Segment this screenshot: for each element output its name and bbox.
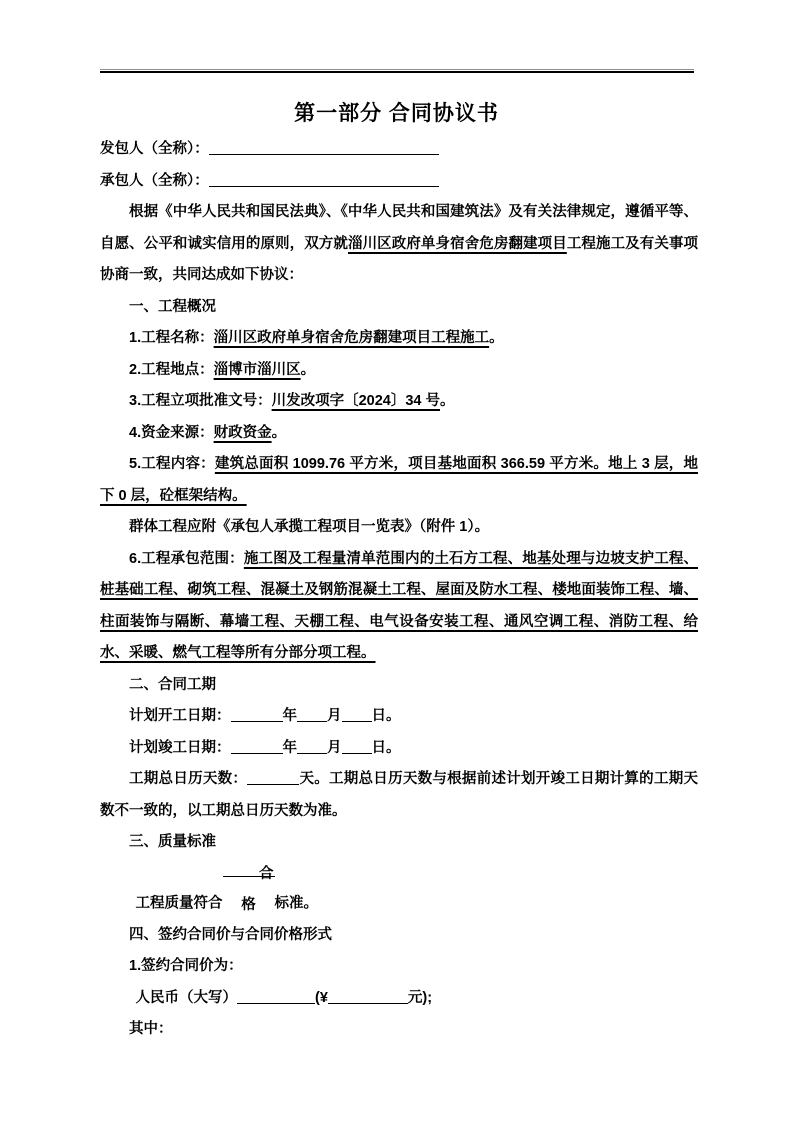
quality-prefix: 工程质量符合 [136,895,223,911]
section4-heading: 四、签约合同价与合同价格形式 [100,920,698,952]
contract-scope-label: 6.工程承包范围： [129,551,244,567]
contract-document-page: 第一部分 合同协议书 发包人（全称）： 承包人（全称）： 根据《中华人民共和国民… [0,0,793,1121]
group-project-note: 群体工程应附《承包人承揽工程项目一览表》（附件 1）。 [100,512,698,544]
contractor-name-field [209,172,439,187]
intro-paragraph: 根据《中华人民共和国民法典》、《中华人民共和国建筑法》及有关法律规定，遵循平等、… [100,197,698,292]
figures-close-paren: 元); [408,990,432,1006]
funding-source-label: 4.资金来源： [129,425,214,441]
project-name-line: 1.工程名称：淄川区政府单身宿舍危房翻建项目工程施工。 [100,323,698,355]
total-days-label: 工期总日历天数： [129,771,247,787]
quality-standard-line: 工程质量符合合格标准。 [100,859,698,920]
amount-in-words-field [237,989,315,1004]
figures-open-paren: (¥ [315,990,328,1006]
finish-year-suffix: 年 [283,740,298,756]
finish-month-suffix: 月 [327,740,342,756]
document-body: 发包人（全称）： 承包人（全称）： 根据《中华人民共和国民法典》、《中华人民共和… [100,134,698,1046]
section3-heading: 三、质量标准 [100,827,698,859]
quality-grade-field: 合格 [223,859,275,877]
section2-heading: 二、合同工期 [100,670,698,702]
finish-day-suffix: 日。 [372,740,401,756]
total-days-field [247,770,299,785]
project-location-value: 淄博市淄川区 [214,362,301,378]
finish-month-field [297,739,327,754]
header-divider [100,69,694,73]
project-content-paragraph: 5.工程内容：建筑总面积 1099.76 平方米，项目基地面积 366.59 平… [100,449,698,512]
funding-source-value: 财政资金 [214,425,272,441]
contractor-line: 承包人（全称）： [100,166,698,198]
start-month-suffix: 月 [327,708,342,724]
project-location-period: 。 [301,362,316,378]
approval-number-period: 。 [440,393,455,409]
employer-name-field [209,140,439,155]
project-name-value: 淄川区政府单身宿舍危房翻建项目工程施工 [214,330,490,346]
start-day-suffix: 日。 [372,708,401,724]
planned-finish-label: 计划竣工日期： [129,740,231,756]
project-content-label: 5.工程内容： [129,456,215,472]
rmb-amount-line: 人民币（大写）(¥元); [100,983,698,1015]
employer-label: 发包人（全称）： [100,141,209,157]
approval-number-label: 3.工程立项批准文号： [129,393,272,409]
among-which-line: 其中： [100,1014,698,1046]
rmb-prefix: 人民币（大写） [136,990,238,1006]
approval-number-value: 川发改项字〔2024〕34 号 [272,393,440,409]
finish-year-field [231,739,283,754]
start-day-field [342,707,372,722]
contractor-label: 承包人（全称）： [100,173,209,189]
start-year-suffix: 年 [283,708,298,724]
employer-line: 发包人（全称）： [100,134,698,166]
finish-day-field [342,739,372,754]
quality-suffix: 标准。 [275,895,319,911]
contract-scope-value: 施工图及工程量清单范围内的土石方工程、地基处理与边坡支护工程、桩基础工程、砌筑工… [100,551,698,662]
planned-start-label: 计划开工日期： [129,708,231,724]
start-year-field [231,707,283,722]
section1-heading: 一、工程概况 [100,292,698,324]
project-name-period: 。 [489,330,504,346]
start-month-field [297,707,327,722]
document-title: 第一部分 合同协议书 [0,97,793,127]
project-location-label: 2.工程地点： [129,362,214,378]
total-calendar-days-paragraph: 工期总日历天数：天。工期总日历天数与根据前述计划开竣工日期计算的工期天数不一致的… [100,764,698,827]
funding-source-period: 。 [272,425,287,441]
approval-number-line: 3.工程立项批准文号：川发改项字〔2024〕34 号。 [100,386,698,418]
intro-project-name: 淄川区政府单身宿舍危房翻建项目 [348,236,567,252]
planned-start-date-line: 计划开工日期：年月日。 [100,701,698,733]
funding-source-line: 4.资金来源：财政资金。 [100,418,698,450]
contract-scope-paragraph: 6.工程承包范围：施工图及工程量清单范围内的土石方工程、地基处理与边坡支护工程、… [100,544,698,670]
planned-finish-date-line: 计划竣工日期：年月日。 [100,733,698,765]
project-location-line: 2.工程地点：淄博市淄川区。 [100,355,698,387]
amount-in-figures-field [328,989,408,1004]
contract-price-item: 1.签约合同价为： [100,951,698,983]
project-name-label: 1.工程名称： [129,330,214,346]
